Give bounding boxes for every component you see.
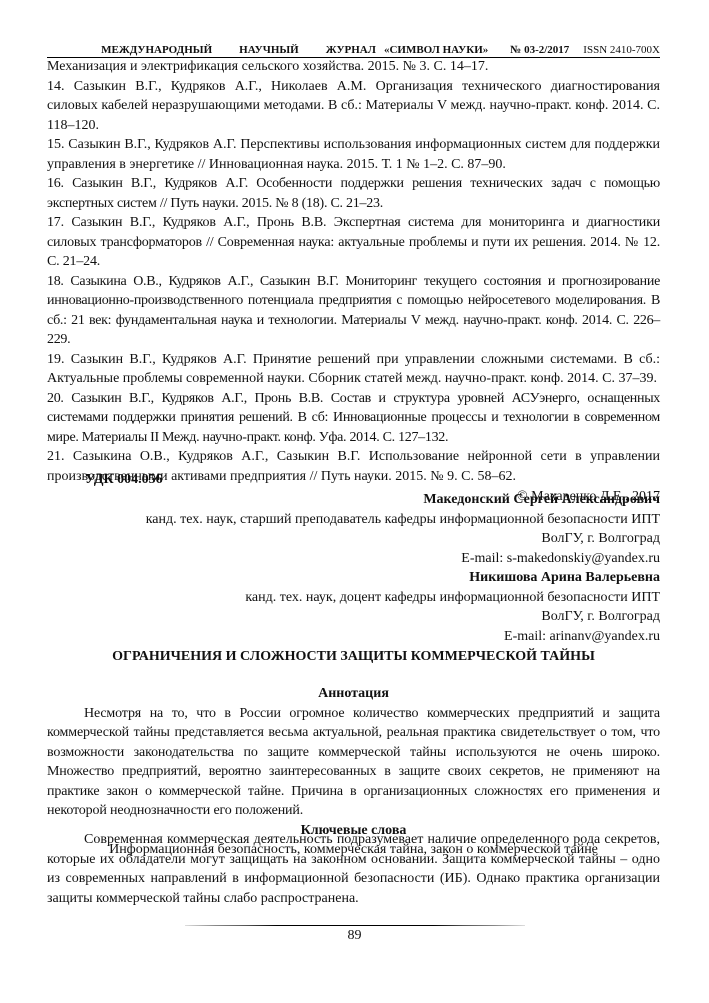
reference-item: 17. Сазыкин В.Г., Кудряков А.Г., Пронь В… bbox=[47, 213, 660, 272]
journal-word: ЖУРНАЛ bbox=[326, 44, 376, 56]
reference-item: 20. Сазыкин В.Г., Кудряков А.Г., Пронь В… bbox=[47, 389, 660, 448]
author-block: Македонский Сергей Александрович канд. т… bbox=[47, 490, 660, 646]
udk: УДК 004.056 bbox=[85, 470, 285, 490]
reference-item: 19. Сазыкин В.Г., Кудряков А.Г. Принятие… bbox=[47, 350, 660, 389]
body-text: Современная коммерческая деятельность по… bbox=[47, 830, 660, 908]
issn: ISSN 2410-700X bbox=[583, 44, 660, 56]
references-list: Механизация и электрификация сельского х… bbox=[47, 57, 660, 507]
author-name: Никишова Арина Валерьевна bbox=[47, 568, 660, 588]
journal-word: НАУЧНЫЙ bbox=[239, 44, 299, 56]
footer-divider bbox=[185, 925, 525, 926]
journal-name: «СИМВОЛ НАУКИ» bbox=[384, 44, 488, 56]
reference-item: 15. Сазыкин В.Г., Кудряков А.Г. Перспект… bbox=[47, 135, 660, 174]
journal-word: МЕЖДУНАРОДНЫЙ bbox=[101, 44, 212, 56]
article-title: ОГРАНИЧЕНИЯ И СЛОЖНОСТИ ЗАЩИТЫ КОММЕРЧЕС… bbox=[47, 647, 660, 667]
body-paragraph: Современная коммерческая деятельность по… bbox=[47, 830, 660, 908]
author-name: Македонский Сергей Александрович bbox=[47, 490, 660, 510]
author-affiliation: канд. тех. наук, старший преподаватель к… bbox=[47, 510, 660, 549]
author-email: E-mail: arinanv@yandex.ru bbox=[47, 627, 660, 647]
reference-item: 14. Сазыкин В.Г., Кудряков А.Г., Николае… bbox=[47, 77, 660, 136]
author-email: E-mail: s-makedonskiy@yandex.ru bbox=[47, 549, 660, 569]
reference-item: 18. Сазыкина О.В., Кудряков А.Г., Сазыки… bbox=[47, 272, 660, 350]
reference-continuation: Механизация и электрификация сельского х… bbox=[47, 57, 660, 77]
reference-item: 16. Сазыкин В.Г., Кудряков А.Г. Особенно… bbox=[47, 174, 660, 213]
running-header: МЕЖДУНАРОДНЫЙ НАУЧНЫЙ ЖУРНАЛ «СИМВОЛ НАУ… bbox=[47, 41, 660, 58]
issue-number: № 03-2/2017 bbox=[510, 44, 569, 56]
author-affiliation: канд. тех. наук, доцент кафедры информац… bbox=[47, 588, 660, 627]
page-number: 89 bbox=[0, 928, 709, 944]
abstract-text: Несмотря на то, что в России огромное ко… bbox=[47, 704, 660, 821]
abstract-heading: Аннотация bbox=[47, 684, 660, 704]
